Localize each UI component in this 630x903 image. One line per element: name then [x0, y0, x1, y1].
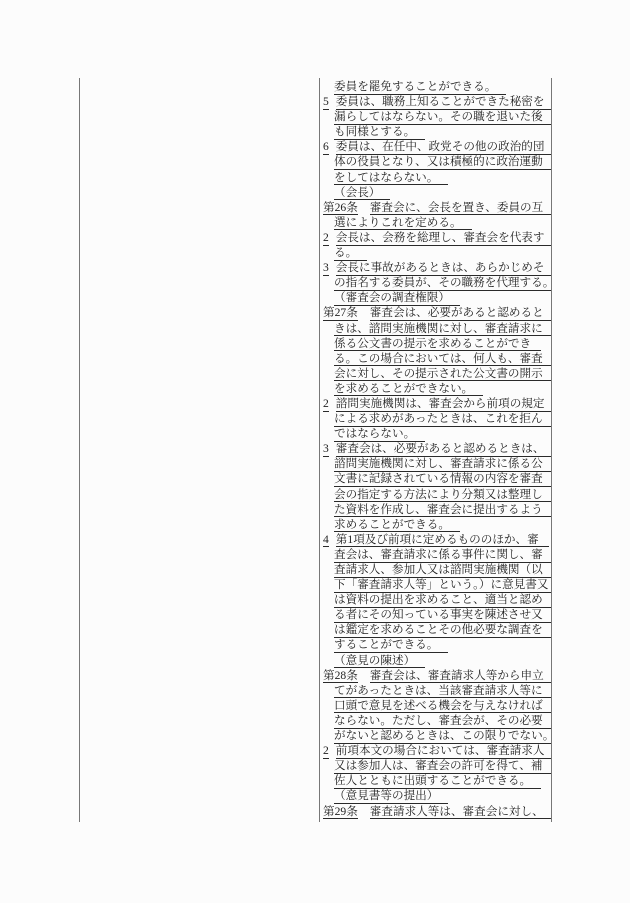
line-text: る者にその知っている事実を陳述させ又 — [334, 608, 552, 623]
text-line: ならない。ただし、審査会が、その必要 — [323, 714, 551, 729]
text-line: 漏らしてはならない。その職を退いた後 — [323, 110, 551, 125]
line-text: た資料を作成し、審査会に提出するよう — [334, 503, 552, 518]
text-line: 係る公文書の提示を求めることができ — [323, 337, 551, 352]
line-text: 諮問実施機関に対し、審査請求に係る公 — [334, 457, 552, 472]
text-line: （審査会の調査権限） — [323, 291, 551, 306]
paragraph-number: 第27条 — [323, 306, 358, 321]
text-line: 3審査会は、必要があると認めるときは、 — [323, 442, 551, 457]
line-text: は資料の提出を求めること、適当と認め — [334, 593, 552, 608]
prefix-gap — [329, 261, 336, 275]
line-text: （審査会の調査権限） — [334, 291, 460, 306]
text-line: することができる。 — [323, 638, 551, 653]
text-line: 選によりこれを定める。 — [323, 216, 551, 231]
line-text: てがあったときは、当該審査請求人等に — [334, 684, 552, 699]
line-text: る。 — [334, 246, 367, 261]
left-column-empty — [79, 78, 320, 822]
text-line: 佐人とともに出頭することができる。 — [323, 774, 551, 789]
prefix-gap — [329, 744, 336, 758]
text-line: 第28条審査会は、審査請求人等から申立 — [323, 669, 551, 684]
text-line: てがあったときは、当該審査請求人等に — [323, 684, 551, 699]
line-text: （意見の陳述） — [334, 654, 425, 669]
prefix-gap — [329, 442, 336, 456]
line-text: 審査請求人等は、審査会に対し、 — [370, 805, 552, 820]
line-text: ではならない。 — [334, 427, 425, 442]
line-text: 会の指定する方法により分類又は整理し — [334, 488, 552, 503]
document-page: 委員を罷免することができる。5委員は、職務上知ることができた秘密を漏らしてはなら… — [0, 0, 630, 903]
line-text: 会長に事故があるときは、あらかじめそ — [336, 261, 552, 276]
text-line: 諮問実施機関に対し、審査請求に係る公 — [323, 457, 551, 472]
line-text: 委員を罷免することができる。 — [334, 80, 506, 95]
line-text: 前項本文の場合においては、審査請求人 — [336, 744, 552, 759]
text-line: ではならない。 — [323, 427, 551, 442]
text-line: 2会長は、会務を総理し、審査会を代表す — [323, 231, 551, 246]
text-line: （意見の陳述） — [323, 654, 551, 669]
line-text: 査会は、審査請求に係る事件に関し、審 — [334, 548, 552, 563]
line-text: による求めがあったときは、これを拒ん — [334, 412, 552, 427]
prefix-gap — [358, 201, 370, 215]
prefix-gap — [329, 231, 336, 245]
line-text: 委員は、在任中、政党その他の政治的団 — [336, 140, 552, 155]
text-line: た資料を作成し、審査会に提出するよう — [323, 503, 551, 518]
line-text: 会長は、会務を総理し、審査会を代表す — [336, 231, 552, 246]
prefix-gap — [358, 669, 370, 683]
line-text: 諮問実施機関は、審査会から前項の規定 — [336, 397, 552, 412]
line-text: （意見書等の提出） — [334, 789, 448, 804]
prefix-gap — [358, 805, 370, 819]
text-line: 3会長に事故があるときは、あらかじめそ — [323, 261, 551, 276]
paragraph-number: 第29条 — [323, 805, 358, 820]
text-line: がないと認めるときは、この限りでない。 — [323, 729, 551, 744]
text-line: （会長） — [323, 186, 551, 201]
text-line: による求めがあったときは、これを拒ん — [323, 412, 551, 427]
line-text: （会長） — [334, 186, 390, 201]
text-line: 6委員は、在任中、政党その他の政治的団 — [323, 140, 551, 155]
text-line: 又は参加人は、審査会の許可を得て、補 — [323, 759, 551, 774]
prefix-gap — [358, 306, 370, 320]
text-line: 口頭で意見を述べる機会を与えなければ — [323, 699, 551, 714]
text-line: 査請求人、参加人又は諮問実施機関（以 — [323, 563, 551, 578]
line-text: ならない。ただし、審査会が、その必要 — [334, 714, 552, 729]
text-line: 体の役員となり、又は積極的に政治運動 — [323, 155, 551, 170]
line-text: 漏らしてはならない。その職を退いた後 — [334, 110, 552, 125]
line-text: がないと認めるときは、この限りでない。 — [334, 729, 552, 744]
text-line: は資料の提出を求めること、適当と認め — [323, 593, 551, 608]
text-line: る。この場合においては、何人も、審査 — [323, 352, 551, 367]
line-text: 下「審査請求人等」という。）に意見書又 — [334, 578, 552, 593]
line-text: することができる。 — [334, 638, 448, 653]
line-text: 会に対し、その提示された公文書の開示 — [334, 367, 552, 382]
line-text: 審査会は、必要があると認めると — [370, 306, 552, 321]
text-line: 会の指定する方法により分類又は整理し — [323, 488, 551, 503]
paragraph-number: 第26条 — [323, 201, 358, 216]
line-text: 求めることができる。 — [334, 518, 460, 533]
line-text: の指名する委員が、その職務を代理する。 — [334, 276, 552, 291]
line-text: 委員は、職務上知ることができた秘密を — [336, 95, 552, 110]
text-line: は鑑定を求めることその他必要な調査を — [323, 623, 551, 638]
text-line: る。 — [323, 246, 551, 261]
text-line: （意見書等の提出） — [323, 789, 551, 804]
line-text: 査請求人、参加人又は諮問実施機関（以 — [334, 563, 552, 578]
text-line: の指名する委員が、その職務を代理する。 — [323, 276, 551, 291]
text-line: 2前項本文の場合においては、審査請求人 — [323, 744, 551, 759]
line-text: 審査会は、審査請求人等から申立 — [370, 669, 552, 684]
text-line: も同様とする。 — [323, 125, 551, 140]
text-line: 2諮問実施機関は、審査会から前項の規定 — [323, 397, 551, 412]
prefix-gap — [329, 397, 336, 411]
prefix-gap — [329, 95, 336, 109]
line-text: は鑑定を求めることその他必要な調査を — [334, 623, 552, 638]
prefix-gap — [329, 533, 336, 547]
text-line: 文書に記録されている情報の内容を審査 — [323, 472, 551, 487]
text-line: 第29条審査請求人等は、審査会に対し、 — [323, 805, 551, 820]
text-line: を求めることができない。 — [323, 382, 551, 397]
line-text: る。この場合においては、何人も、審査 — [334, 352, 552, 367]
text-line: 求めることができる。 — [323, 518, 551, 533]
text-line: 会に対し、その提示された公文書の開示 — [323, 367, 551, 382]
line-text: 第1項及び前項に定めるもののほか、審 — [336, 533, 549, 548]
text-line: 5委員は、職務上知ることができた秘密を — [323, 95, 551, 110]
line-text: も同様とする。 — [334, 125, 425, 140]
line-text: を求めることができない。 — [334, 382, 483, 397]
line-text: 審査会は、必要があると認めるときは、 — [336, 442, 552, 457]
text-line: きは、諮問実施機関に対し、審査請求に — [323, 322, 551, 337]
text-line: る者にその知っている事実を陳述させ又 — [323, 608, 551, 623]
prefix-gap — [329, 140, 336, 154]
line-text: 体の役員となり、又は積極的に政治運動 — [334, 155, 552, 170]
line-text: きは、諮問実施機関に対し、審査請求に — [334, 322, 552, 337]
line-text: 選によりこれを定める。 — [334, 216, 472, 231]
line-text: 又は参加人は、審査会の許可を得て、補 — [334, 759, 552, 774]
line-text: 文書に記録されている情報の内容を審査 — [334, 472, 552, 487]
text-line: 査会は、審査請求に係る事件に関し、審 — [323, 548, 551, 563]
text-line: 第26条審査会に、会長を置き、委員の互 — [323, 201, 551, 216]
right-column-statute-text: 委員を罷免することができる。5委員は、職務上知ることができた秘密を漏らしてはなら… — [320, 78, 552, 822]
line-text: 口頭で意見を述べる機会を与えなければ — [334, 699, 552, 714]
text-line: をしてはならない。 — [323, 171, 551, 186]
line-text: をしてはならない。 — [334, 171, 448, 186]
text-line: 下「審査請求人等」という。）に意見書又 — [323, 578, 551, 593]
paragraph-number: 第28条 — [323, 669, 358, 684]
text-line: 第27条審査会は、必要があると認めると — [323, 306, 551, 321]
text-line: 委員を罷免することができる。 — [323, 80, 551, 95]
line-text: 審査会に、会長を置き、委員の互 — [370, 201, 552, 216]
line-text: 佐人とともに出頭することができる。 — [334, 774, 541, 789]
line-text: 係る公文書の提示を求めることができ — [334, 337, 541, 352]
text-line: 4第1項及び前項に定めるもののほか、審 — [323, 533, 551, 548]
